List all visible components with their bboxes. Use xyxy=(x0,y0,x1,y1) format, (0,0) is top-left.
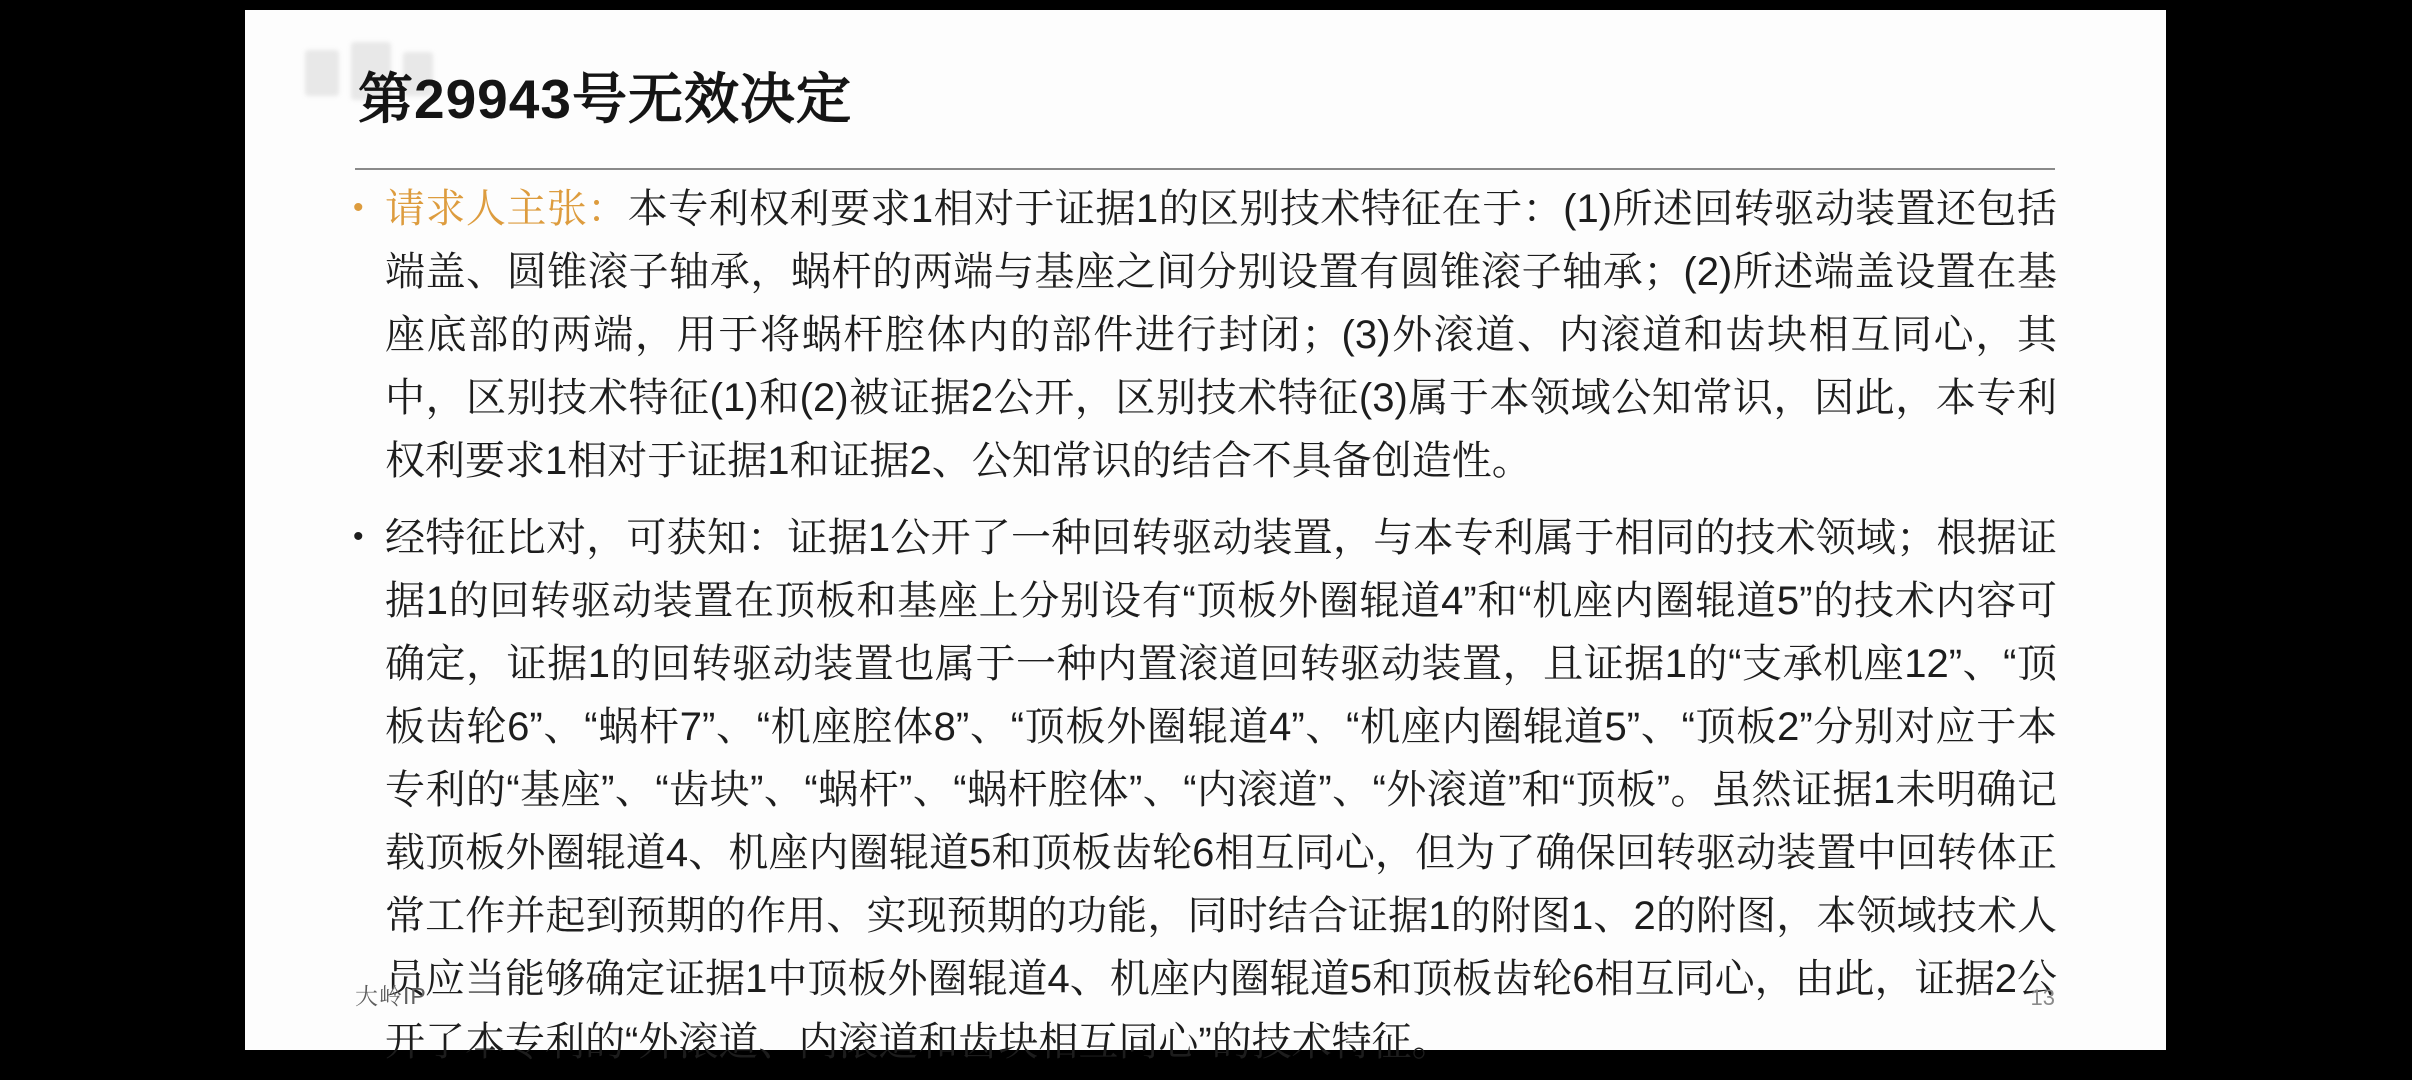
footer-brand: 大岭IP xyxy=(355,978,427,1011)
presentation-slide: 第29943号无效决定 •请求人主张：本专利权利要求1相对于证据1的区别技术特征… xyxy=(245,10,2166,1050)
title-divider xyxy=(355,168,2055,170)
slide-body: •请求人主张：本专利权利要求1相对于证据1的区别技术特征在于：(1)所述回转驱动… xyxy=(385,178,2057,1074)
page-number: 13 xyxy=(2031,985,2055,1011)
bullet-lead-label: 请求人主张： xyxy=(385,187,628,231)
bullet-petitioner-claim: •请求人主张：本专利权利要求1相对于证据1的区别技术特征在于：(1)所述回转驱动… xyxy=(385,178,2057,493)
slide-title: 第29943号无效决定 xyxy=(358,62,852,136)
bullet-marker-icon: • xyxy=(353,176,364,239)
letterbox-stage: 第29943号无效决定 •请求人主张：本专利权利要求1相对于证据1的区别技术特征… xyxy=(0,0,2412,1080)
bullet-marker-icon: • xyxy=(353,505,364,568)
bullet-text: 本专利权利要求1相对于证据1的区别技术特征在于：(1)所述回转驱动装置还包括端盖… xyxy=(385,187,2057,483)
slide-footer: 大岭IP 13 xyxy=(355,978,2055,1011)
